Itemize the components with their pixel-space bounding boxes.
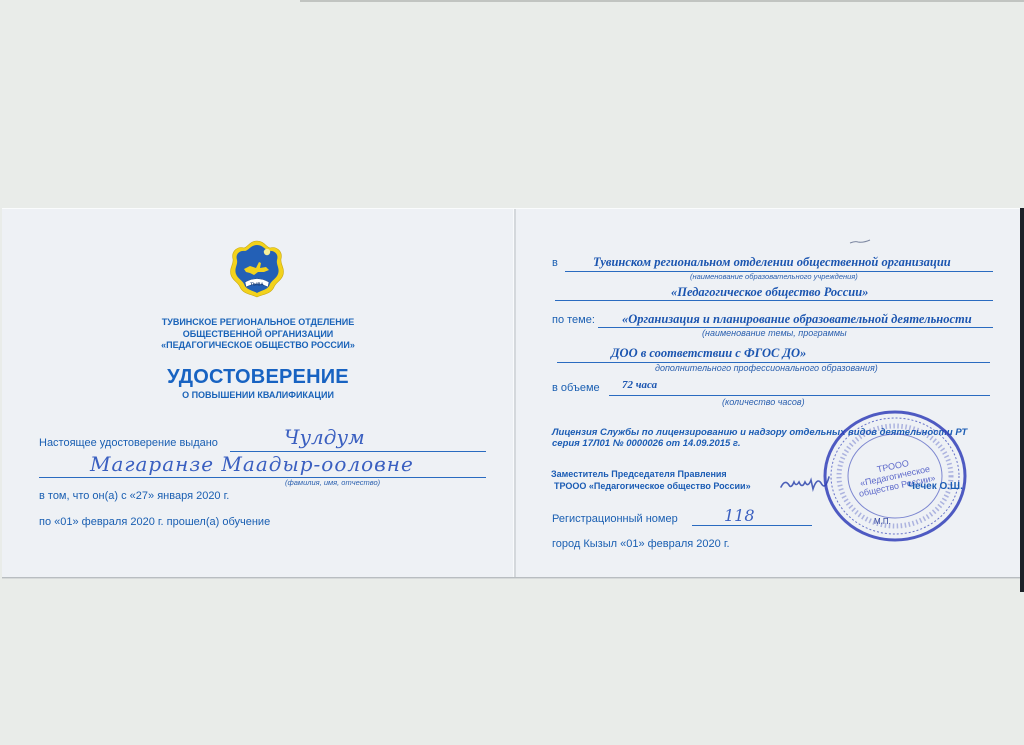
city-date: город Кызыл «01» февраля 2020 г.	[552, 538, 730, 550]
institution-underline-2	[555, 300, 993, 301]
training-start: в том, что он(а) с «27» января 2020 г.	[39, 490, 229, 502]
org-line-3: «ПЕДАГОГИЧЕСКОЕ ОБЩЕСТВО РОССИИ»	[108, 340, 408, 352]
license-line-2: серия 17Л01 № 0000026 от 14.09.2015 г.	[552, 438, 741, 449]
volume-underline	[609, 395, 990, 396]
volume-label: в объеме	[552, 382, 600, 394]
scan-top-edge	[300, 0, 1024, 2]
holder-caption: (фамилия, имя, отчество)	[285, 478, 380, 487]
in-label: в	[552, 257, 558, 269]
institution-line-1: Тувинском региональном отделении обществ…	[593, 255, 951, 270]
registration-number-value: 118	[724, 506, 755, 525]
signatory-position: Заместитель Председателя Правления	[551, 468, 727, 480]
topic-caption-2: дополнительного профессионального образо…	[655, 363, 878, 373]
certificate-card: ТЫВА ТУВИНСКОЕ РЕГИОНАЛЬНОЕ ОТДЕЛЕНИЕ ОБ…	[2, 208, 1020, 578]
org-line-2: ОБЩЕСТВЕННОЙ ОРГАНИЗАЦИИ	[108, 329, 408, 341]
certificate-subtitle: О ПОВЫШЕНИИ КВАЛИФИКАЦИИ	[108, 390, 408, 400]
registration-number-underline	[692, 525, 812, 526]
name-underline	[39, 477, 486, 478]
topic-line-1: «Организация и планирование образователь…	[622, 312, 972, 327]
institution-line-2: «Педагогическое общество России»	[671, 285, 868, 300]
registration-number-label: Регистрационный номер	[552, 513, 678, 525]
tuva-emblem-icon: ТЫВА	[228, 239, 286, 299]
svg-text:ТЫВА: ТЫВА	[250, 282, 264, 287]
organization-stamp-icon: ТРООО «Педагогическое общество России»	[820, 406, 970, 546]
organization-name: ТУВИНСКОЕ РЕГИОНАЛЬНОЕ ОТДЕЛЕНИЕ ОБЩЕСТВ…	[108, 317, 408, 352]
volume-value: 72 часа	[622, 379, 657, 391]
stamp-mp-label: М.П.	[874, 517, 891, 526]
institution-caption: (наименование образовательного учреждени…	[690, 272, 858, 281]
topic-label: по теме:	[552, 314, 595, 326]
topic-line-2: ДОО в соответствии с ФГОС ДО»	[611, 346, 806, 361]
training-end: по «01» февраля 2020 г. прошел(а) обучен…	[39, 516, 270, 528]
signatory-name: Чечек О.Ш.	[908, 481, 963, 493]
scan-right-edge	[1020, 208, 1024, 592]
holder-surname: Чулдум	[284, 425, 365, 449]
signatory-organization: ТРООО «Педагогическое общество России»	[554, 480, 751, 492]
holder-name-patronymic: Магаранзе Маадыр-ооловне	[90, 452, 414, 476]
issued-to-label: Настоящее удостоверение выдано	[39, 437, 218, 449]
certificate-title: УДОСТОВЕРЕНИЕ	[108, 366, 408, 389]
card-fold	[513, 209, 516, 577]
topic-caption-1: (наименование темы, программы	[702, 328, 847, 338]
volume-caption: (количество часов)	[722, 397, 805, 407]
pen-mark-icon	[849, 239, 871, 245]
org-line-1: ТУВИНСКОЕ РЕГИОНАЛЬНОЕ ОТДЕЛЕНИЕ	[108, 317, 408, 329]
